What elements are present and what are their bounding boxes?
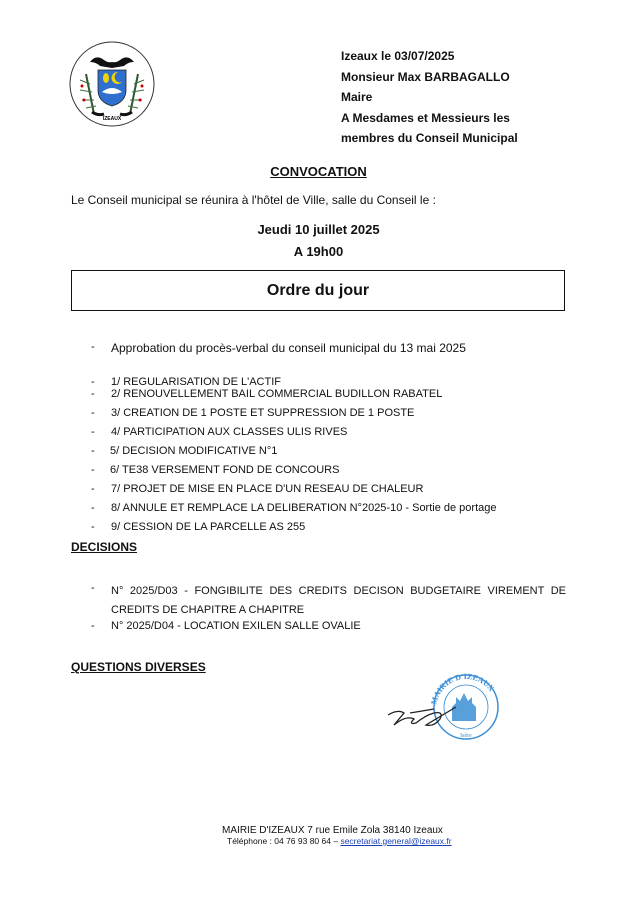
questions-diverses-heading: QUESTIONS DIVERSES <box>71 660 206 674</box>
bullet-dash: - <box>91 620 95 632</box>
bullet-dash: - <box>91 426 95 438</box>
bullet-dash: - <box>91 464 95 476</box>
meeting-time: A 19h00 <box>0 244 637 259</box>
bullet-dash: - <box>91 582 95 594</box>
bullet-dash: - <box>91 341 95 353</box>
meeting-date: Jeudi 10 juillet 2025 <box>0 222 637 237</box>
decision-item: N° 2025/D04 - LOCATION EXILEN SALLE OVAL… <box>111 620 361 632</box>
footer-contact: Téléphone : 04 76 93 80 64 – secretariat… <box>227 836 452 846</box>
svg-text:IZEAUX: IZEAUX <box>103 116 122 122</box>
sender-name: Monsieur Max BARBAGALLO <box>341 67 518 88</box>
recipients-line2: membres du Conseil Municipal <box>341 128 518 149</box>
bullet-dash: - <box>91 483 95 495</box>
agenda-heading-box: Ordre du jour <box>71 270 565 311</box>
intro-text: Le Conseil municipal se réunira à l'hôte… <box>71 193 436 207</box>
footer-address: MAIRIE D'IZEAUX 7 rue Emile Zola 38140 I… <box>0 825 637 836</box>
date-place: Izeaux le 03/07/2025 <box>341 46 518 67</box>
mayor-stamp-signature: MAIRIE D'IZEAUX Isère <box>380 665 530 745</box>
document-title: CONVOCATION <box>0 164 637 179</box>
coat-of-arms-logo: IZEAUX <box>68 40 156 128</box>
bullet-dash: - <box>91 388 95 400</box>
footer-phone: Téléphone : 04 76 93 80 64 – <box>227 836 340 846</box>
decision-item: N° 2025/D03 - FONGIBILITE DES CREDITS DE… <box>111 582 566 620</box>
bullet-dash: - <box>91 376 95 388</box>
bullet-dash: - <box>91 445 95 457</box>
svg-text:Isère: Isère <box>460 733 472 739</box>
bullet-dash: - <box>91 521 95 533</box>
bullet-dash: - <box>91 502 95 514</box>
bullet-dash: - <box>91 407 95 419</box>
decisions-heading: DECISIONS <box>71 540 137 554</box>
sender-role: Maire <box>341 87 518 108</box>
recipients-line1: A Mesdames et Messieurs les <box>341 108 518 129</box>
email-link[interactable]: secretariat.general@izeaux.fr <box>340 836 451 846</box>
recipient-header: Izeaux le 03/07/2025 Monsieur Max BARBAG… <box>341 46 518 149</box>
